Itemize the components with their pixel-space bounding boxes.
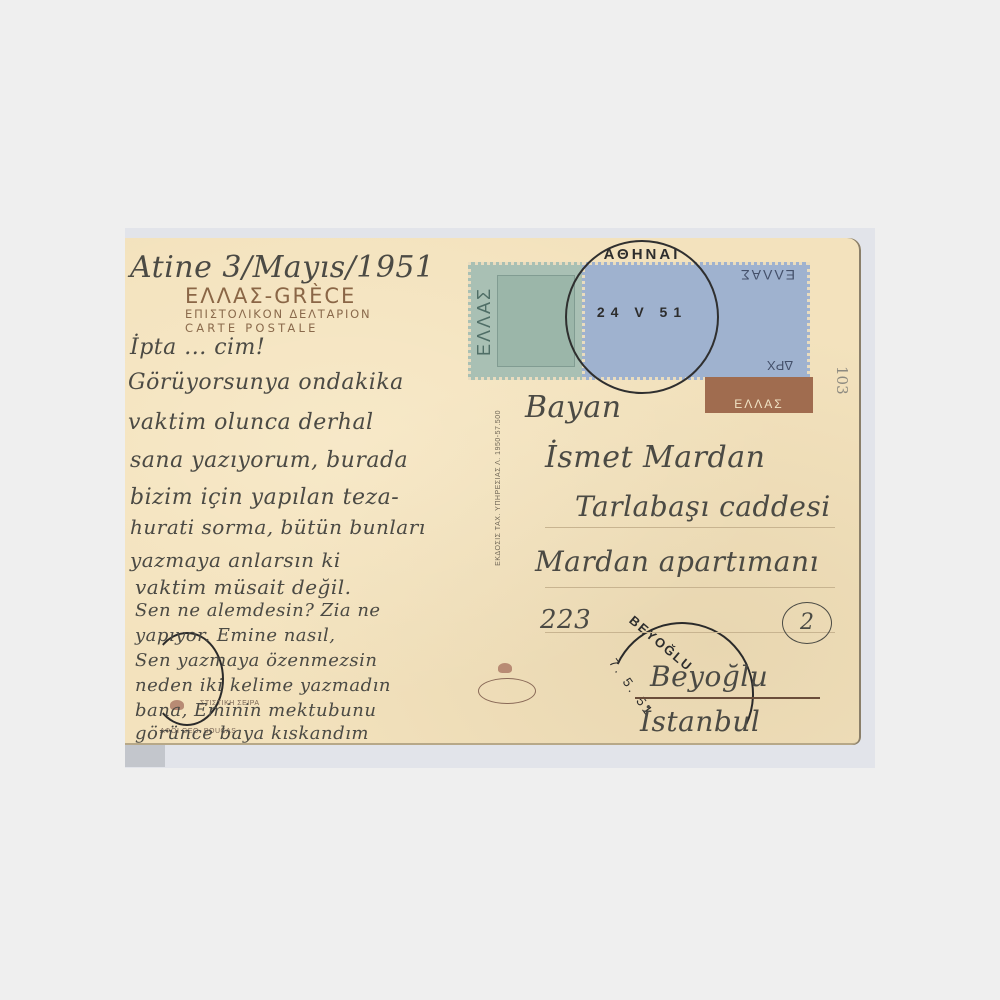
circled-number: 2 <box>782 602 832 644</box>
message-dateline: Atine 3/Mayıs/1951 <box>130 250 435 285</box>
postcard-subtitle-greek: ΕΠΙΣΤΟΛΙΚΟΝ ΔΕΛΤΑΡΙΟΝ <box>185 307 371 321</box>
message-line: yapıyor. Emine nasıl, <box>135 625 335 646</box>
message-line: sana yazıyorum, burada <box>130 448 408 473</box>
address-line-building: Mardan apartımanı <box>535 545 819 578</box>
vertical-imprint: ΕΚΔΟΣΙΣ ΤΑΧ. ΥΠΗΡΕΣΙΑΣ Λ. 1950-57.500 <box>495 410 502 566</box>
crown-icon <box>498 663 512 673</box>
message-line: bana, Eminin mektubunu <box>135 700 376 721</box>
column-icon <box>497 275 575 367</box>
message-line: hurati sorma, bütün bunları <box>130 515 426 539</box>
message-line: vaktim olunca derhal <box>128 410 374 435</box>
message-line: yazmaya anlarsın ki <box>130 548 341 572</box>
blue-stamp-value: ΔΡΧ <box>767 358 793 373</box>
address-line-title: Bayan <box>525 390 622 425</box>
blue-stamp-label: ΕΛΛΑΣ <box>739 267 795 283</box>
address-line <box>545 527 835 528</box>
message-line: vaktim müsait değil. <box>135 575 352 599</box>
message-line: neden iki kelime yazmadın <box>135 675 391 696</box>
address-line-district: Beyoğlu <box>650 660 768 693</box>
postcard-subtitle-french: CARTE POSTALE <box>185 321 319 335</box>
message-line: Sen ne alemdesin? Zia ne <box>135 600 381 621</box>
athens-postmark: ΑΘΗΝΑΙ 24 V 51 <box>565 240 719 394</box>
indicium-label: ΕΛΛΑΣ <box>705 397 813 411</box>
pencil-note: 103 <box>833 366 851 395</box>
address-line-street: Tarlabaşı caddesi <box>575 490 831 523</box>
scan-edge-tab <box>125 745 165 767</box>
address-line <box>545 587 835 588</box>
athens-postmark-date: 24 V 51 <box>567 304 717 320</box>
message-line: Görüyorsunya ondakika <box>128 370 404 395</box>
message-line: İpta ... cim! <box>130 335 265 360</box>
postcard-title: ΕΛΛΑΣ-GRÈCE <box>185 284 356 308</box>
address-line-city: İstanbul <box>640 705 760 738</box>
printed-indicium: ΕΛΛΑΣ <box>705 377 813 413</box>
royal-emblem-icon <box>478 678 536 704</box>
address-line-name: İsmet Mardan <box>545 440 765 475</box>
message-line: Sen yazmaya özenmezsin <box>135 650 377 671</box>
message-line: görünce baya kıskandım <box>135 723 369 744</box>
address-line-number: 223 <box>540 605 591 635</box>
message-line: bizim için yapılan teza- <box>130 485 399 510</box>
district-underline <box>635 697 820 699</box>
athens-postmark-ring: ΑΘΗΝΑΙ <box>567 246 717 263</box>
green-stamp-label: ΕΛΛΑΣ <box>474 271 494 371</box>
